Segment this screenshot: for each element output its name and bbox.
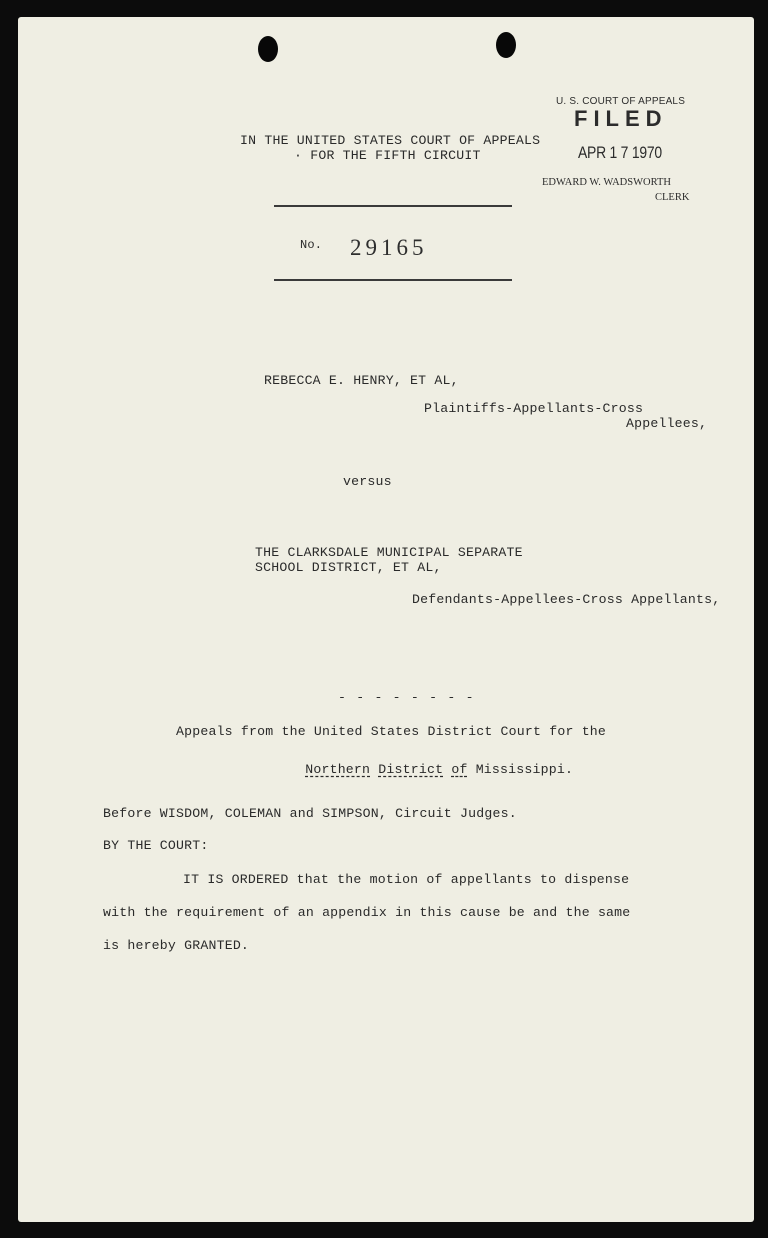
appeal-line1: Appeals from the United States District … xyxy=(176,724,606,739)
versus-label: versus xyxy=(343,474,392,489)
order-line2: with the requirement of an appendix in t… xyxy=(103,905,630,920)
defendant-role: Defendants-Appellees-Cross Appellants, xyxy=(412,592,720,607)
plaintiff-role-line1: Plaintiffs-Appellants-Cross xyxy=(424,401,643,416)
court-header-line2: · FOR THE FIFTH CIRCUIT xyxy=(294,148,481,163)
court-header-line1: IN THE UNITED STATES COURT OF APPEALS xyxy=(240,133,540,148)
appeal-district-of: of xyxy=(451,762,467,777)
appeal-district-state: Mississippi. xyxy=(476,762,573,777)
panel-judges: Before WISDOM, COLEMAN and SIMPSON, Circ… xyxy=(103,806,517,821)
order-line1: IT IS ORDERED that the motion of appella… xyxy=(183,872,629,887)
appeal-district-word: District xyxy=(378,762,443,777)
plaintiff-role-line2: Appellees, xyxy=(626,416,707,431)
defendant-line1: THE CLARKSDALE MUNICIPAL SEPARATE xyxy=(255,545,523,560)
order-line3: is hereby GRANTED. xyxy=(103,938,249,953)
stamp-clerk-title: CLERK xyxy=(655,192,689,203)
case-number: 29165 xyxy=(350,235,428,261)
document-page xyxy=(18,17,754,1222)
plaintiff-name: REBECCA E. HENRY, ET AL, xyxy=(264,373,459,388)
by-the-court: BY THE COURT: xyxy=(103,838,208,853)
defendant-line2: SCHOOL DISTRICT, ET AL, xyxy=(255,560,442,575)
rule-bottom xyxy=(274,279,512,281)
appeal-district-northern: Northern xyxy=(305,762,370,777)
section-divider: - - - - - - - - xyxy=(338,690,475,705)
rule-top xyxy=(274,205,512,207)
case-number-label: No. xyxy=(300,238,322,252)
stamp-date: APR 1 7 1970 xyxy=(578,143,662,163)
appeal-line2: Northern District of Mississippi. xyxy=(289,747,573,777)
stamp-clerk-name: EDWARD W. WADSWORTH xyxy=(542,177,671,188)
punch-hole-right xyxy=(496,32,516,58)
stamp-filed: FILED xyxy=(574,106,668,132)
punch-hole-left xyxy=(258,36,278,62)
